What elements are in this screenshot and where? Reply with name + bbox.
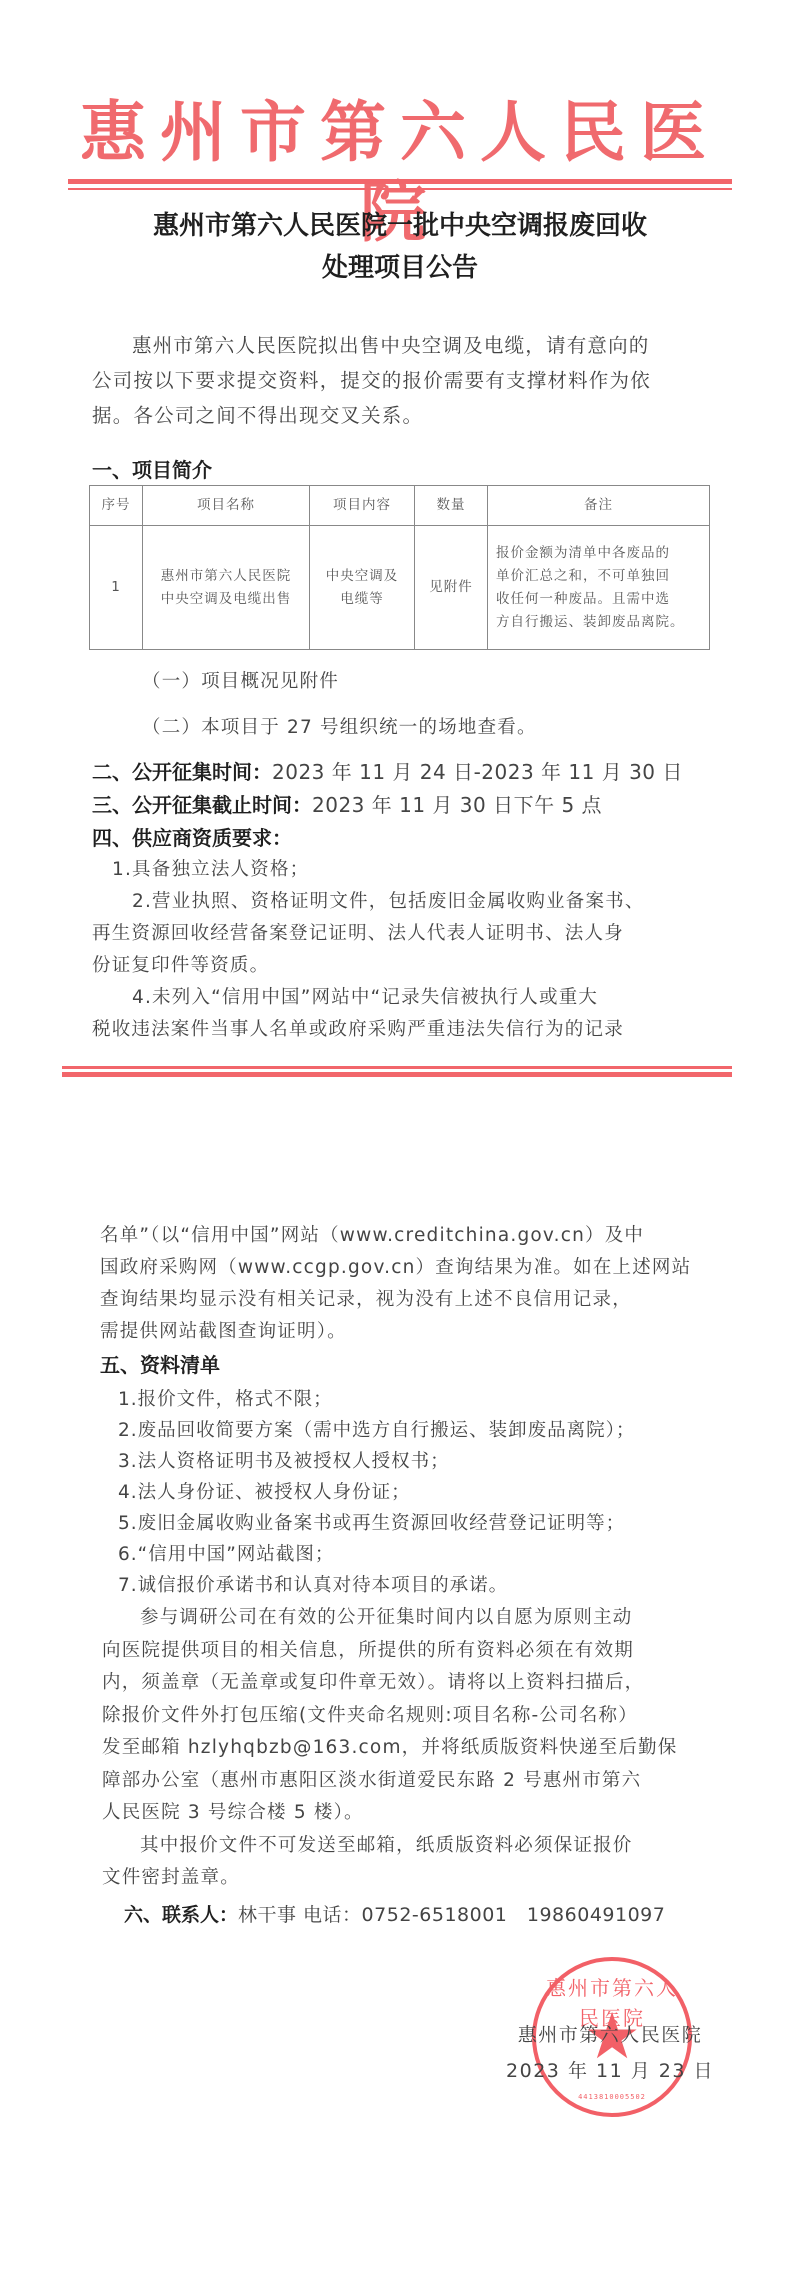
submission-instructions: 参与调研公司在有效的公开征集时间内以自愿为原则主动 向医院提供项目的相关信息，所… (102, 1602, 722, 1895)
section-heading-overview: 一、项目简介 (92, 455, 212, 485)
cell-note-line: 收任何一种废品。且需中选 (496, 588, 705, 611)
cell-content: 中央空调及 电缆等 (310, 526, 415, 650)
subsection-attachment: （一）项目概况见附件 (142, 664, 762, 699)
instruction-line: 障部办公室（惠州市惠阳区淡水街道爱民东路 2 号惠州市第六 (102, 1765, 722, 1798)
signature-org: 惠州市第六人民医院 (500, 2018, 720, 2052)
instruction-line: 除报价文件外打包压缩(文件夹命名规则:项目名称-公司名称） (102, 1700, 722, 1733)
section-heading-supplier-requirements: 四、供应商资质要求： (92, 823, 292, 853)
intro-line: 公司按以下要求提交资料，提交的报价需要有支撑材料作为依 (92, 363, 712, 398)
cell-name-line: 惠州市第六人民医院 (147, 565, 305, 588)
intro-line: 据。各公司之间不得出现交叉关系。 (92, 398, 712, 433)
requirement-line: 查询结果均显示没有相关记录，视为没有上述不良信用记录， (100, 1284, 720, 1316)
column-header: 项目内容 (310, 486, 415, 526)
cell-index: 1 (90, 526, 143, 650)
column-header: 序号 (90, 486, 143, 526)
table-header-row: 序号 项目名称 项目内容 数量 备注 (90, 486, 710, 526)
deadline-value: 2023 年 11 月 30 日下午 5 点 (312, 793, 602, 817)
document-item: 3.法人资格证明书及被授权人授权书； (118, 1446, 635, 1477)
requirement-continued: 名单”（以“信用中国”网站（www.creditchina.gov.cn）及中 … (100, 1220, 720, 1348)
document-item: 5.废旧金属收购业备案书或再生资源回收经营登记证明等； (118, 1508, 635, 1539)
page-break-line-thick (62, 1072, 732, 1077)
intro-paragraph: 惠州市第六人民医院拟出售中央空调及电缆，请有意向的 公司按以下要求提交资料，提交… (92, 328, 712, 433)
instruction-line: 人民医院 3 号综合楼 5 楼）。 (102, 1797, 722, 1830)
column-header: 数量 (415, 486, 488, 526)
instruction-line: 其中报价文件不可发送至邮箱，纸质版资料必须保证报价 (102, 1830, 722, 1863)
section-heading: 三、公开征集截止时间： (92, 793, 312, 817)
section-contact: 六、联系人：林干事 电话：0752-6518001 19860491097 (124, 1900, 665, 1930)
requirement-line: 名单”（以“信用中国”网站（www.creditchina.gov.cn）及中 (100, 1220, 720, 1252)
page-break-line-thin (62, 1066, 732, 1069)
document-title-line2: 处理项目公告 (90, 248, 710, 288)
cell-name: 惠州市第六人民医院 中央空调及电缆出售 (143, 526, 310, 650)
documents-list: 1.报价文件，格式不限； 2.废品回收简要方案（需中选方自行搬运、装卸废品离院）… (118, 1384, 635, 1601)
requirement-item: 2.营业执照、资格证明文件，包括废旧金属收购业备案书、 (92, 886, 712, 918)
supplier-requirements: 1.具备独立法人资格； 2.营业执照、资格证明文件，包括废旧金属收购业备案书、 … (92, 854, 712, 1046)
section-heading: 二、公开征集时间： (92, 760, 272, 784)
section-collection-period: 二、公开征集时间：2023 年 11 月 24 日-2023 年 11 月 30… (92, 757, 683, 787)
document-item: 6.“信用中国”网站截图； (118, 1539, 635, 1570)
section-deadline: 三、公开征集截止时间：2023 年 11 月 30 日下午 5 点 (92, 790, 602, 820)
requirement-item: 4.未列入“信用中国”网站中“记录失信被执行人或重大 (92, 982, 712, 1014)
requirement-line: 税收违法案件当事人名单或政府采购严重违法失信行为的记录 (92, 1014, 712, 1046)
signature-date: 2023 年 11 月 23 日 (500, 2054, 720, 2088)
masthead-divider-thick (68, 179, 732, 184)
masthead-divider-thin (68, 188, 732, 190)
column-header: 备注 (488, 486, 710, 526)
cell-note: 报价金额为清单中各废品的 单价汇总之和，不可单独回 收任何一种废品。且需中选 方… (488, 526, 710, 650)
instruction-line: 内，须盖章（无盖章或复印件章无效）。请将以上资料扫描后， (102, 1667, 722, 1700)
section-heading-documents: 五、资料清单 (100, 1350, 220, 1380)
cell-quantity: 见附件 (415, 526, 488, 650)
cell-content-line: 电缆等 (314, 588, 410, 611)
instruction-line: 参与调研公司在有效的公开征集时间内以自愿为原则主动 (102, 1602, 722, 1635)
requirement-line: 再生资源回收经营备案登记证明、法人代表人证明书、法人身 (92, 918, 712, 950)
document-item: 4.法人身份证、被授权人身份证； (118, 1477, 635, 1508)
document-item: 1.报价文件，格式不限； (118, 1384, 635, 1415)
intro-line: 惠州市第六人民医院拟出售中央空调及电缆，请有意向的 (92, 328, 712, 363)
contact-value: 林干事 电话：0752-6518001 19860491097 (238, 1904, 665, 1926)
collection-period-value: 2023 年 11 月 24 日-2023 年 11 月 30 日 (272, 760, 683, 784)
instruction-line: 文件密封盖章。 (102, 1862, 722, 1895)
requirement-line: 份证复印件等资质。 (92, 950, 712, 982)
project-table: 序号 项目名称 项目内容 数量 备注 1 惠州市第六人民医院 中央空调及电缆出售… (89, 485, 710, 650)
document-item: 2.废品回收简要方案（需中选方自行搬运、装卸废品离院）； (118, 1415, 635, 1446)
document-title-line1: 惠州市第六人民医院一批中央空调报废回收 (90, 206, 710, 246)
instruction-line: 发至邮箱 hzlyhqbzb@163.com，并将纸质版资料快递至后勤保 (102, 1732, 722, 1765)
document-item: 7.诚信报价承诺书和认真对待本项目的承诺。 (118, 1570, 635, 1601)
cell-name-line: 中央空调及电缆出售 (147, 588, 305, 611)
seal-code: 4413810005502 (536, 2093, 688, 2101)
requirement-item: 1.具备独立法人资格； (92, 854, 712, 886)
requirement-line: 国政府采购网（www.ccgp.gov.cn）查询结果为准。如在上述网站 (100, 1252, 720, 1284)
table-row: 1 惠州市第六人民医院 中央空调及电缆出售 中央空调及 电缆等 见附件 报价金额… (90, 526, 710, 650)
instruction-line: 向医院提供项目的相关信息，所提供的所有资料必须在有效期 (102, 1635, 722, 1668)
subsection-site-visit: （二）本项目于 27 号组织统一的场地查看。 (142, 710, 762, 745)
column-header: 项目名称 (143, 486, 310, 526)
cell-note-line: 单价汇总之和，不可单独回 (496, 565, 705, 588)
cell-content-line: 中央空调及 (314, 565, 410, 588)
requirement-line: 需提供网站截图查询证明）。 (100, 1316, 720, 1348)
cell-note-line: 方自行搬运、装卸废品离院。 (496, 611, 705, 634)
section-heading: 六、联系人： (124, 1904, 238, 1926)
cell-note-line: 报价金额为清单中各废品的 (496, 542, 705, 565)
